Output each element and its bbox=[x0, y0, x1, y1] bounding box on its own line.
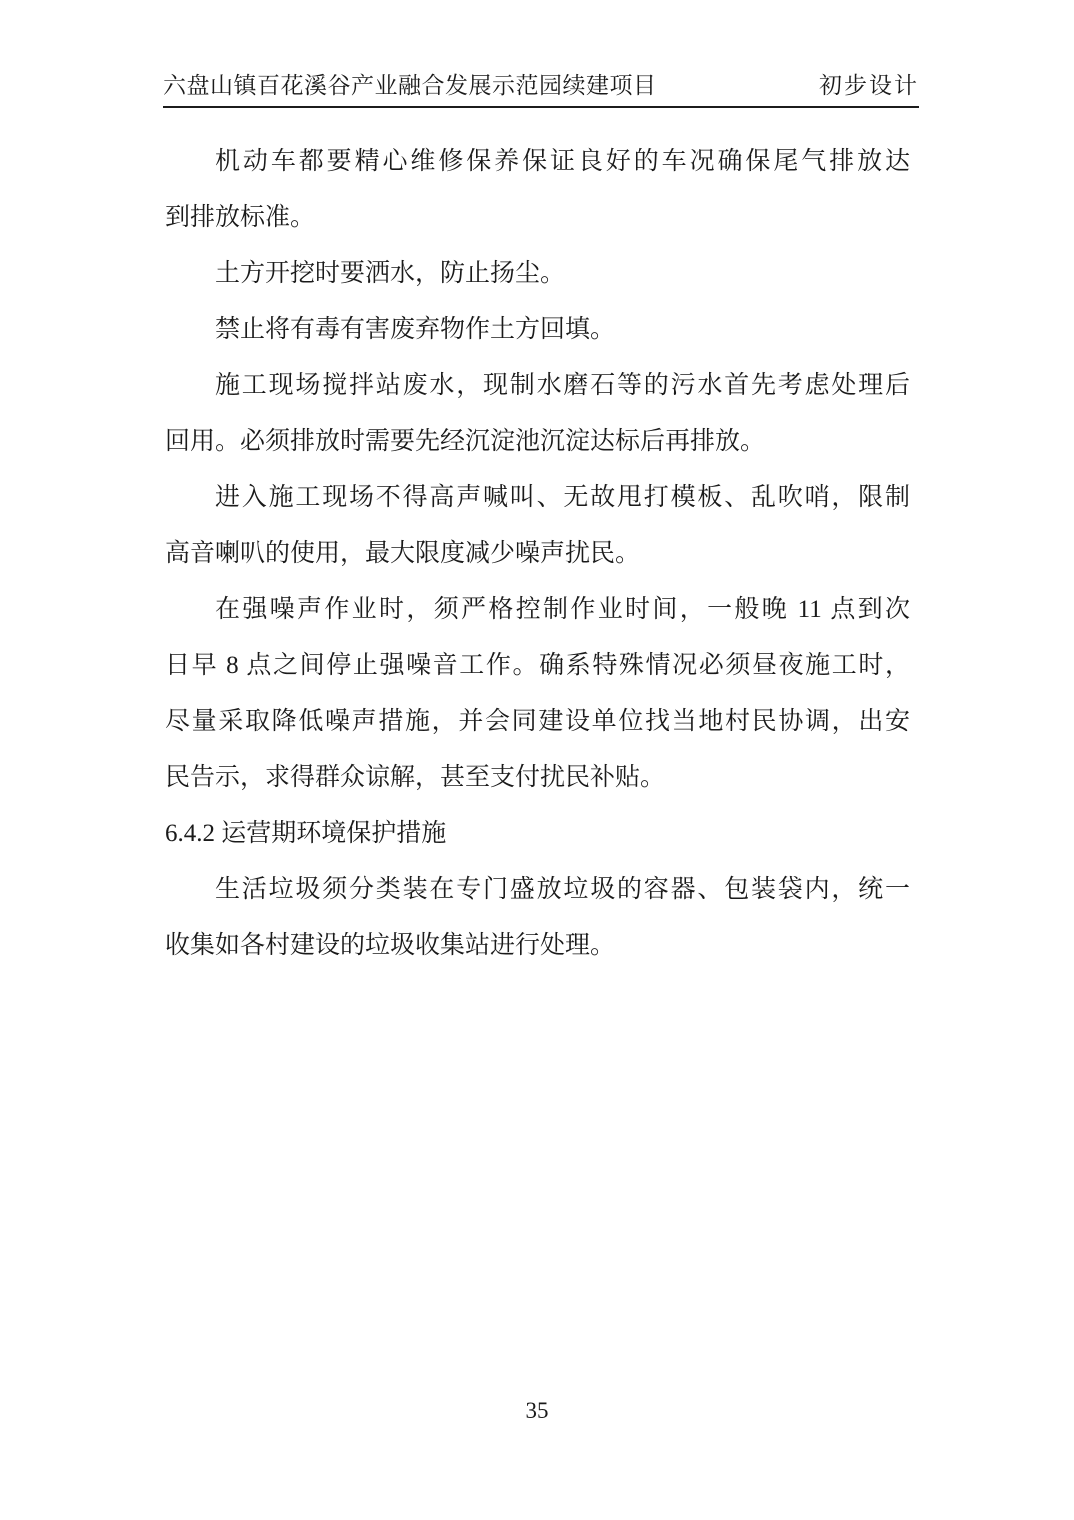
text-line: 收集如各村建设的垃圾收集站进行处理。 bbox=[165, 918, 910, 974]
header-doc-stage: 初步设计 bbox=[819, 72, 919, 99]
text-line: 土方开挖时要洒水，防止扬尘。 bbox=[165, 246, 910, 302]
text-line: 高音喇叭的使用，最大限度减少噪声扰民。 bbox=[165, 526, 910, 582]
text-line: 日早 8 点之间停止强噪音工作。确系特殊情况必须昼夜施工时， bbox=[165, 638, 910, 694]
text-line: 禁止将有毒有害废弃物作土方回填。 bbox=[165, 302, 910, 358]
text-line: 尽量采取降低噪声措施，并会同建设单位找当地村民协调，出安 bbox=[165, 694, 910, 750]
page-number: 35 bbox=[526, 1398, 549, 1423]
text-line: 回用。必须排放时需要先经沉淀池沉淀达标后再排放。 bbox=[165, 414, 910, 470]
text-line: 6.4.2 运营期环境保护措施 bbox=[165, 806, 910, 862]
para-garbage-collection: 生活垃圾须分类装在专门盛放垃圾的容器、包装袋内，统一收集如各村建设的垃圾收集站进… bbox=[165, 862, 910, 974]
text-line: 机动车都要精心维修保养保证良好的车况确保尾气排放达 bbox=[165, 134, 910, 190]
text-line: 生活垃圾须分类装在专门盛放垃圾的容器、包装袋内，统一 bbox=[165, 862, 910, 918]
text-line: 在强噪声作业时，须严格控制作业时间，一般晚 11 点到次 bbox=[165, 582, 910, 638]
text-line: 民告示，求得群众谅解，甚至支付扰民补贴。 bbox=[165, 750, 910, 806]
para-noise-hours: 在强噪声作业时，须严格控制作业时间，一般晚 11 点到次日早 8 点之间停止强噪… bbox=[165, 582, 910, 806]
text-line: 到排放标准。 bbox=[165, 190, 910, 246]
para-site-noise: 进入施工现场不得高声喊叫、无故甩打模板、乱吹哨，限制高音喇叭的使用，最大限度减少… bbox=[165, 470, 910, 582]
page-footer: 35 bbox=[0, 1396, 1074, 1426]
document-page: 六盘山镇百花溪谷产业融合发展示范园续建项目 初步设计 机动车都要精心维修保养保证… bbox=[0, 0, 1074, 1520]
para-dust-control: 土方开挖时要洒水，防止扬尘。 bbox=[165, 246, 910, 302]
para-vehicle-exhaust: 机动车都要精心维修保养保证良好的车况确保尾气排放达到排放标准。 bbox=[165, 134, 910, 246]
text-line: 进入施工现场不得高声喊叫、无故甩打模板、乱吹哨，限制 bbox=[165, 470, 910, 526]
para-wastewater: 施工现场搅拌站废水，现制水磨石等的污水首先考虑处理后回用。必须排放时需要先经沉淀… bbox=[165, 358, 910, 470]
header-project-title: 六盘山镇百花溪谷产业融合发展示范园续建项目 bbox=[163, 72, 657, 99]
section-heading-6-4-2: 6.4.2 运营期环境保护措施 bbox=[165, 806, 910, 862]
page-header: 六盘山镇百花溪谷产业融合发展示范园续建项目 初步设计 bbox=[163, 72, 919, 108]
document-body: 机动车都要精心维修保养保证良好的车况确保尾气排放达到排放标准。土方开挖时要洒水，… bbox=[165, 134, 910, 974]
text-line: 施工现场搅拌站废水，现制水磨石等的污水首先考虑处理后 bbox=[165, 358, 910, 414]
para-backfill-ban: 禁止将有毒有害废弃物作土方回填。 bbox=[165, 302, 910, 358]
